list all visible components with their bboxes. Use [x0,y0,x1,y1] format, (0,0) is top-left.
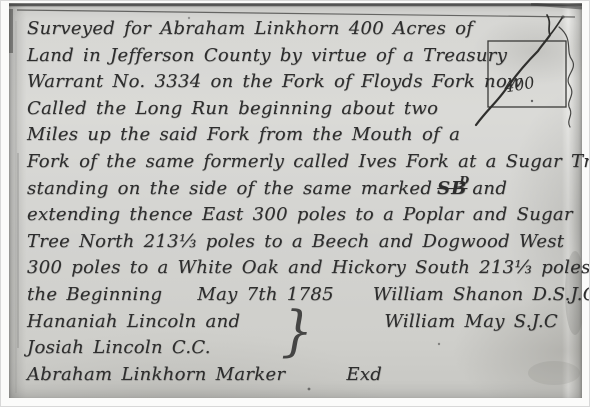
brace-mark: } [281,301,313,361]
survey-line-6: Fork of the same formerly called Ives Fo… [27,149,580,176]
county-surveyor-signature: William May S.J.C [384,309,558,336]
marker-signature: Abraham Linkhorn Marker [27,364,285,385]
survey-line-5: Miles up the said Fork from the Mouth of… [27,122,580,149]
survey-line-14: Abraham Linkhorn Marker Exd [27,362,580,389]
deputy-surveyor-signature: William Shanon D.S.J.C [373,284,590,305]
tree-mark: DSB [437,176,467,203]
survey-date: May 7th 1785 [197,284,333,305]
marked-line-pre: standing on the side of the same marked [27,178,432,199]
left-edge-mark [9,9,13,53]
survey-line-4: Called the Long Run beginning about two [27,96,580,123]
marked-line-post: and [472,178,507,199]
document-photo: 400 Surveyed for Abraham Linkhorn 400 Ac… [9,3,582,398]
top-right-mark [531,4,582,8]
survey-line-8: extending thence East 300 poles to a Pop… [27,202,580,229]
scanned-page: 400 Surveyed for Abraham Linkhorn 400 Ac… [0,0,590,407]
survey-line-1: Surveyed for Abraham Linkhorn 400 Acres … [27,16,580,43]
examined-note: Exd [346,364,382,385]
survey-line-3: Warrant No. 3334 on the Fork of Floyds F… [27,69,580,96]
survey-line-10: 300 poles to a White Oak and Hickory Sou… [27,255,580,282]
tree-mark-superscript: D [460,168,470,195]
survey-line-2: Land in Jefferson County by virtue of a … [27,43,580,70]
survey-line-7: standing on the side of the same markedD… [27,176,580,203]
chain-carrier-1: Hananiah Lincoln and [27,309,240,336]
beginning-text: the Beginning [27,284,162,305]
survey-line-9: Tree North 213⅓ poles to a Beech and Dog… [27,229,580,256]
